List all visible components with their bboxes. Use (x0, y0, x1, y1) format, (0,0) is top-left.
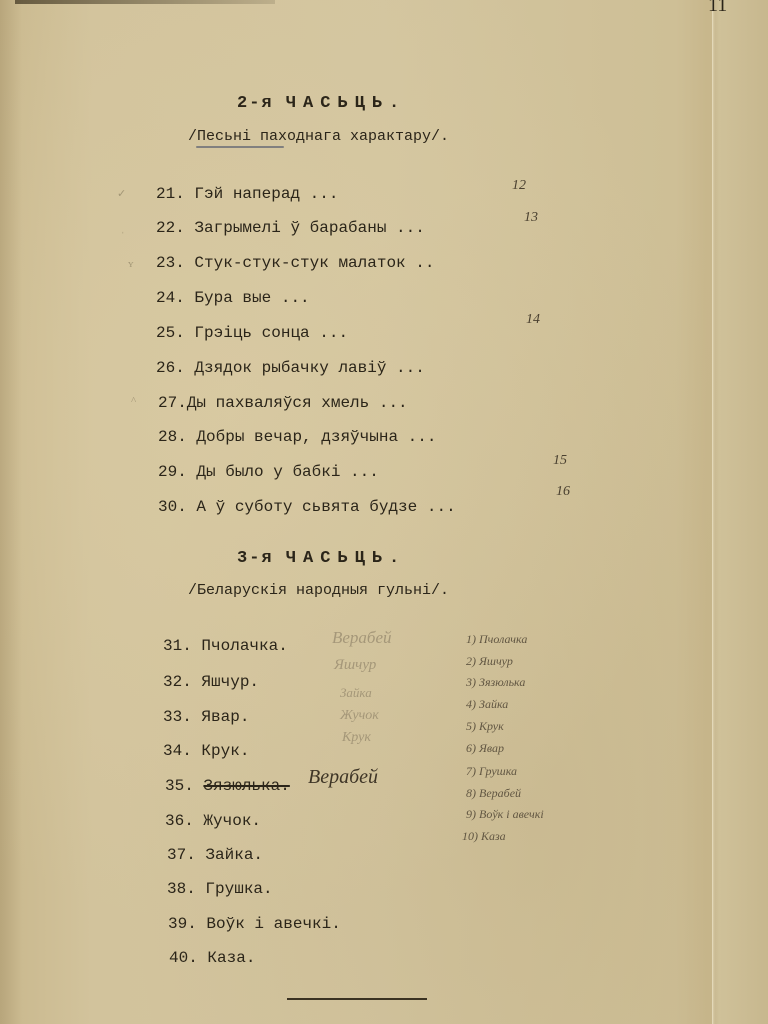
pencil-tick-mark: ^ (131, 395, 136, 407)
top-edge-mark (15, 0, 275, 4)
list-item-33: 33. Явар. (163, 708, 249, 726)
item-title: Жучок. (203, 812, 261, 830)
handwritten-replacement: Верабей (308, 766, 378, 789)
item-number: 24. (156, 289, 185, 307)
item-title: А ў суботу сьвята будзе ... (196, 498, 455, 516)
pencil-tick-mark: ʏ (128, 258, 133, 270)
margin-note-16: 16 (556, 484, 570, 500)
item-title: Дзядок рыбачку лавіў ... (194, 359, 424, 377)
item-title: Яшчур. (201, 673, 259, 691)
list-item-34: 34. Крук. (163, 742, 249, 760)
item-number: 21. (156, 185, 185, 203)
document-page: 11 2-я ЧАСЬЦЬ. /Песьні паходнага характа… (0, 0, 768, 1024)
handwritten-order-item: 9) Воўк і авечкі (466, 807, 544, 822)
list-item-30: 30. А ў суботу сьвята будзе ... (158, 498, 456, 516)
list-item-36: 36. Жучок. (165, 812, 261, 830)
part3-heading: 3-я ЧАСЬЦЬ. (237, 549, 406, 568)
item-title: Гэй наперад ... (194, 185, 338, 203)
handwritten-order-item: 8) Верабей (466, 786, 521, 801)
part2-heading-word: ЧАСЬЦЬ. (286, 94, 406, 113)
handwritten-order-item: 5) Крук (466, 719, 504, 734)
part3-heading-word: ЧАСЬЦЬ. (286, 549, 406, 568)
part2-heading: 2-я ЧАСЬЦЬ. (237, 94, 406, 113)
list-item-39: 39. Воўк і авечкі. (168, 915, 341, 933)
item-title-struck: Зязюлька. (203, 777, 289, 795)
item-number: 28. (158, 428, 187, 446)
item-title: Зайка. (205, 846, 263, 864)
item-title: Пчолачка. (201, 637, 287, 655)
item-title: Грушка. (205, 880, 272, 898)
pencil-tick-mark: ˌ (121, 222, 125, 234)
list-item-40: 40. Каза. (169, 949, 255, 967)
item-number: 40. (169, 949, 198, 967)
handwritten-order-item: 6) Явар (466, 741, 504, 756)
margin-note-15: 15 (553, 453, 567, 469)
item-number: 33. (163, 708, 192, 726)
item-number: 26. (156, 359, 185, 377)
item-number: 37. (167, 846, 196, 864)
list-item-23: 23. Стук-стук-стук малаток .. (156, 254, 434, 272)
item-number: 27. (158, 394, 187, 412)
part3-subtitle: /Беларускія народныя гульні/. (188, 582, 449, 599)
list-item-32: 32. Яшчур. (163, 673, 259, 691)
item-title: Явар. (201, 708, 249, 726)
item-number: 22. (156, 219, 185, 237)
margin-note-13: 13 (524, 210, 538, 226)
list-item-37: 37. Зайка. (167, 846, 263, 864)
item-number: 32. (163, 673, 192, 691)
part3-heading-prefix: 3-я (237, 549, 274, 568)
item-number: 36. (165, 812, 194, 830)
item-title: Стук-стук-стук малаток .. (194, 254, 434, 272)
list-item-26: 26. Дзядок рыбачку лавіў ... (156, 359, 425, 377)
list-item-29: 29. Ды было у бабкі ... (158, 463, 379, 481)
part2-subtitle: /Песьні паходнага характару/. (188, 128, 449, 145)
list-item-35: 35. Зязюлька. (165, 777, 290, 795)
item-number: 30. (158, 498, 187, 516)
faint-pencil-note: Жучок (340, 708, 379, 724)
item-number: 29. (158, 463, 187, 481)
item-title: Загрымелі ў барабаны ... (194, 219, 424, 237)
item-number: 25. (156, 324, 185, 342)
list-item-38: 38. Грушка. (167, 880, 273, 898)
faint-pencil-note: Зайка (340, 685, 372, 701)
page-edge-shadow (0, 0, 22, 1024)
item-title: Грэіць сонца ... (194, 324, 348, 342)
item-number: 23. (156, 254, 185, 272)
page-number: 11 (708, 0, 727, 17)
item-title: Воўк і авечкі. (206, 915, 340, 933)
part2-heading-prefix: 2-я (237, 94, 274, 113)
margin-note-12: 12 (512, 178, 526, 194)
item-title: Ды пахваляўся хмель ... (187, 394, 408, 412)
handwritten-order-item: 3) Зязюлька (466, 675, 525, 690)
handwritten-order-item: 4) Зайка (466, 697, 508, 712)
handwritten-order-item: 2) Яшчур (466, 654, 513, 669)
item-title: Добры вечар, дзяўчына ... (196, 428, 436, 446)
faint-pencil-note: Яшчур (334, 657, 376, 674)
faint-pencil-note: Крук (342, 730, 371, 746)
handwritten-order-item: 7) Грушка (466, 764, 517, 779)
item-number: 38. (167, 880, 196, 898)
handwritten-order-item: 1) Пчолачка (466, 632, 527, 647)
handwritten-order-item: 10) Каза (462, 829, 506, 844)
list-item-31: 31. Пчолачка. (163, 637, 288, 655)
item-number: 34. (163, 742, 192, 760)
list-item-28: 28. Добры вечар, дзяўчына ... (158, 428, 436, 446)
item-title: Каза. (207, 949, 255, 967)
margin-note-14: 14 (526, 312, 540, 328)
list-item-27: 27.Ды пахваляўся хмель ... (158, 394, 408, 412)
list-item-24: 24. Бура вые ... (156, 289, 310, 307)
item-number: 31. (163, 637, 192, 655)
item-number: 35. (165, 777, 194, 795)
list-item-21: 21. Гэй наперад ... (156, 185, 338, 203)
item-title: Бура вые ... (194, 289, 309, 307)
pencil-underline (196, 146, 284, 148)
list-item-22: 22. Загрымелі ў барабаны ... (156, 219, 425, 237)
right-paper-flap (712, 0, 768, 1024)
end-rule (287, 998, 427, 1000)
item-title: Ды было у бабкі ... (196, 463, 378, 481)
faint-pencil-note: Верабей (332, 628, 392, 648)
item-number: 39. (168, 915, 197, 933)
item-title: Крук. (201, 742, 249, 760)
list-item-25: 25. Грэіць сонца ... (156, 324, 348, 342)
pencil-tick-mark: ✓ (117, 187, 126, 200)
